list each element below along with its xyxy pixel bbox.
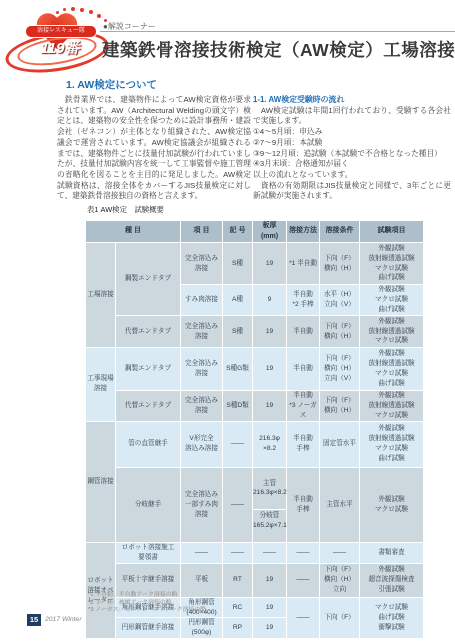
table-row: 工場溶接 鋼製エンドタブ 完全溶込み 溶接 S種 19 *1 半自動 下向（F）… [86,243,424,285]
cell-thickness: 19 [253,597,287,618]
cell-symbol: S種G類 [223,348,253,391]
cell-thickness-main: 主管 216.3φ×8.2 [253,478,286,500]
cell-symbol: —— [223,542,253,563]
rescue-badge-logo: 溶接レスキュー隊 119番 [8,6,112,74]
cell-condition: 下向（F） 横向（H） 立向（V） [320,348,360,391]
cell-symbol: RC [223,597,253,618]
badge-dot-icon [71,7,75,11]
cell-thickness: 19 [253,316,287,348]
col-header-category: 種 目 [86,221,181,243]
page-title: 建築鉄骨溶接技術検定（AW検定）工場溶接鋼製エ [102,37,455,62]
footnote: *3 ノーガス：セルフシールドアーク溶接の略 [88,607,206,615]
table-row: 代替エンドタブ 完全溶込み 溶接 S種D類 19 半自動 *3 ノーガス 下向（… [86,391,424,422]
flow-step: ④3月末頃：合格通知が届く [253,159,451,170]
cell-symbol: —— [223,421,253,467]
subsection-heading: 1-1. AW検定受験時の流れ [253,95,451,106]
badge-dot-icon [97,14,101,18]
cell-thickness-split: 主管 216.3φ×8.2 分岐管 165.2φ×7.1 [253,467,287,542]
cell-symbol: —— [223,467,253,542]
table-header-row: 種 目 項 目 記 号 板厚(mm) 溶接方法 溶接条件 試験項目 [86,221,424,243]
cell-tests: 外観試験 放射線透過試験 マクロ試験 [360,316,424,348]
cell-thickness: —— [253,542,287,563]
cell-item: 鋼製エンドタブ [116,348,181,391]
cell-condition: 固定管水平 [320,421,360,467]
cell-condition: 下向（F） 横向（H） [320,316,360,348]
cell-symbol: S種D類 [223,391,253,422]
page-number-badge: 15 [27,614,41,626]
cell-method: *1 半自動 [287,243,320,285]
cell-condition: 水平（H） 立向（V） [320,285,360,316]
cell-detail: 完全溶込み 溶接 [181,243,223,285]
cell-tests: 外観試験 マクロ試験 曲げ試験 [360,285,424,316]
cell-method: 半自動 *3 ノーガス [287,391,320,422]
cell-thickness-branch: 分岐管 165.2φ×7.1 [253,509,286,532]
cell-item: 代替エンドタブ [116,391,181,422]
cell-method: —— [287,542,320,563]
cell-detail: V形完全 溶込み溶接 [181,421,223,467]
cell-condition: 下向（F） 横向（H） [320,391,360,422]
cell-method: 半自動 手棒 [287,421,320,467]
table-row: 分岐継手 完全溶込み 一部すみ肉 溶接 —— 主管 216.3φ×8.2 分岐管… [86,467,424,542]
table-footnotes: *1 半自動：半自動アーク溶接の略 *2 手 棒：被覆アーク溶接の略 *3 ノー… [88,592,206,615]
cell-thickness: 19 [253,618,287,639]
cell-group: ロボット 溶接オペ レーター [86,542,116,638]
cell-method: 半自動 [287,348,320,391]
flow-outro: 以上の流れとなっています。 [253,170,451,181]
col-header-tests: 試験項目 [360,221,424,243]
badge-dot-icon [89,10,93,14]
footnote: *1 半自動：半自動アーク溶接の略 [88,592,206,600]
col-header-method: 溶接方法 [287,221,320,243]
badge-dot-icon [63,8,66,11]
cell-item: 代替エンドタブ [116,316,181,348]
cell-item: 円形鋼管継手溶接 [116,618,181,639]
cell-method: 半自動 [287,316,320,348]
cell-condition: 主管水平 [320,467,360,542]
cell-condition: 下向（F） 横向（H） [320,243,360,285]
cell-tests: マクロ試験 曲げ試験 衝撃試験 [360,597,424,639]
flow-step: ③9～12月頃：追試験（本試験で不合格となった種目） [253,149,451,160]
cell-condition: 下向（F） 横向（H） 立向 [320,563,360,597]
col-header-thickness: 板厚(mm) [253,221,287,243]
cell-method: 半自動 *2 手棒 [287,285,320,316]
badge-number: 119番 [28,37,92,58]
table-row: 代替エンドタブ 完全溶込み 溶接 S種 19 半自動 下向（F） 横向（H） 外… [86,316,424,348]
col-header-condition: 溶接条件 [320,221,360,243]
cell-item: 鋼製エンドタブ [116,243,181,316]
cell-tests: 外観試験 超音波探傷検査 引張試験 [360,563,424,597]
cell-group: 工場溶接 [86,243,116,348]
cell-thickness: 19 [253,243,287,285]
table-caption: 表1 AW検定 試験概要 [87,204,164,215]
body-column-left: 鉄骨業界では、建築物件によってAW検定資格が要求されています。AW（Archit… [57,95,251,202]
cell-item: 管の直管継手 [116,421,181,467]
cell-method: —— [287,597,320,639]
col-header-item: 項 目 [181,221,223,243]
flow-intro: AW検定試験は年間1回行われており、受験する各会社で実施します。 [253,106,451,127]
cell-group: 鋼管溶接 [86,421,116,542]
cell-detail: 円形鋼管 (500φ) [181,618,223,639]
cell-symbol: A種 [223,285,253,316]
cell-symbol: RP [223,618,253,639]
cell-detail: 完全溶込み 一部すみ肉 溶接 [181,467,223,542]
cell-symbol: RT [223,563,253,597]
cell-detail: 完全溶込み 溶接 [181,391,223,422]
cell-method: 半自動 手棒 [287,467,320,542]
exam-overview-table: 種 目 項 目 記 号 板厚(mm) 溶接方法 溶接条件 試験項目 工場溶接 鋼… [85,220,424,639]
cell-thickness: 19 [253,391,287,422]
cell-detail: 完全溶込み 溶接 [181,316,223,348]
flow-step: ①4～5月頃：申込み [253,127,451,138]
magazine-page: 溶接レスキュー隊 119番 ●解説コーナー 建築鉄骨溶接技術検定（AW検定）工場… [0,0,455,644]
issue-label: 2017 Winter [45,616,82,623]
cell-tests: 外観試験 放射線透過試験 マクロ試験 [360,391,424,422]
cell-detail: 完全溶込み 溶接 [181,348,223,391]
body-column-right: 1-1. AW検定受験時の流れ AW検定試験は年間1回行われており、受験する各会… [253,95,451,202]
cell-thickness: 216.3φ ×8.2 [253,421,287,467]
section-heading: 1. AW検定について [66,77,157,92]
cell-item: 分岐継手 [116,467,181,542]
cell-group: 工事現場 溶接 [86,348,116,422]
cell-thickness: 19 [253,348,287,391]
cell-tests: 書類審査 [360,542,424,563]
badge-dot-icon [80,8,84,12]
header-rule [100,31,455,32]
cell-symbol: S種 [223,243,253,285]
cell-tests: 外観試験 マクロ試験 [360,467,424,542]
table-row: ロボット 溶接オペ レーター ロボット溶接施工 要領書 —— —— —— —— … [86,542,424,563]
flow-step: ②7～9月頃：本試験 [253,138,451,149]
cell-thickness: 19 [253,563,287,597]
cell-tests: 外観試験 放射線透過試験 マクロ試験 曲げ試験 [360,243,424,285]
cell-condition: 下向（F） [320,597,360,639]
cell-thickness: 9 [253,285,287,316]
intro-paragraph: 鉄骨業界では、建築物件によってAW検定資格が要求されています。AW（Archit… [57,95,251,200]
cell-item: ロボット溶接施工 要領書 [116,542,181,563]
flow-note: 資格の有効期限はJIS技量検定と同様で、3年ごとに更新試験が実施されます。 [253,181,451,202]
col-header-symbol: 記 号 [223,221,253,243]
cell-detail: すみ肉溶接 [181,285,223,316]
table-row: 工事現場 溶接 鋼製エンドタブ 完全溶込み 溶接 S種G類 19 半自動 下向（… [86,348,424,391]
table-row: 鋼管溶接 管の直管継手 V形完全 溶込み溶接 —— 216.3φ ×8.2 半自… [86,421,424,467]
cell-detail: —— [181,542,223,563]
flow-steps-list: ①4～5月頃：申込み ②7～9月頃：本試験 ③9～12月頃：追試験（本試験で不合… [253,127,451,170]
cell-method: —— [287,563,320,597]
cell-tests: 外観試験 放射線透過試験 マクロ試験 曲げ試験 [360,348,424,391]
cell-condition: —— [320,542,360,563]
cell-tests: 外観試験 放射線透過試験 マクロ試験 曲げ試験 [360,421,424,467]
cell-symbol: S種 [223,316,253,348]
